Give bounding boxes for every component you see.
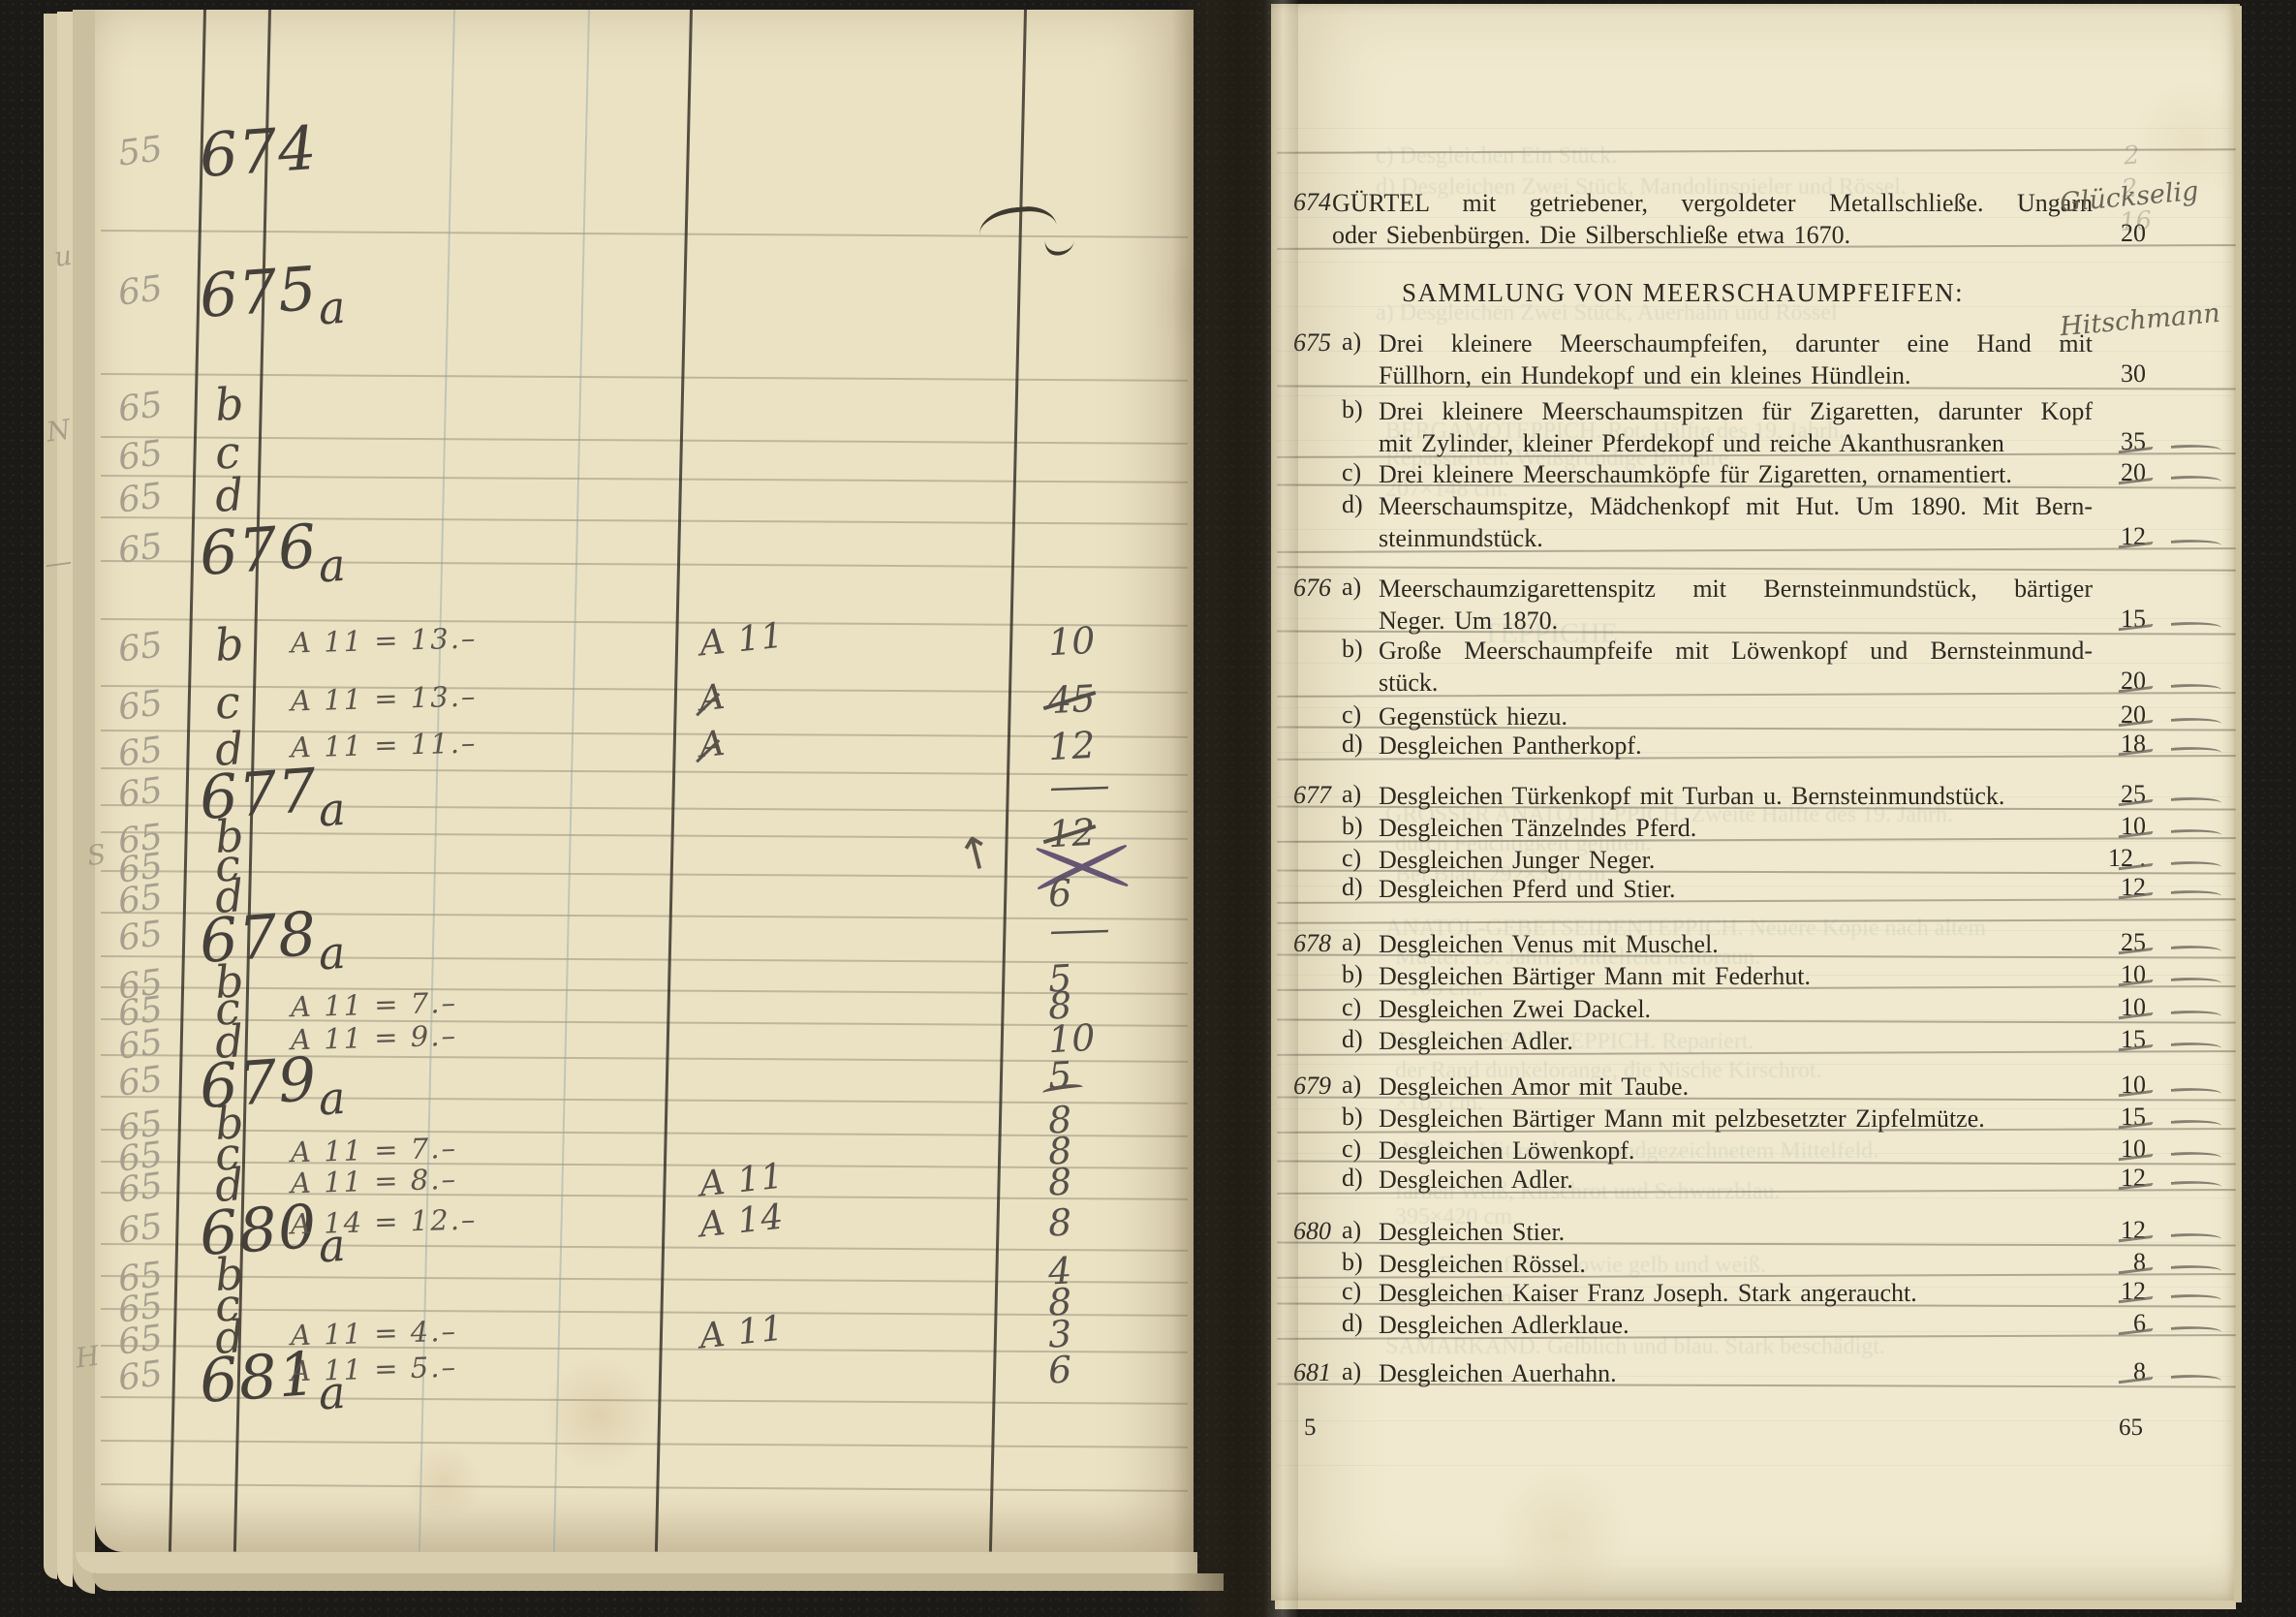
margin-tick	[2117, 854, 2228, 875]
margin-tick	[2117, 970, 2228, 991]
margin-tick	[2117, 790, 2228, 811]
margin-annotations: GlückseligHitschmann	[0, 0, 2296, 1617]
margin-tick	[2117, 614, 2228, 636]
margin-tick	[2117, 1226, 2228, 1247]
margin-tick	[2117, 1367, 2228, 1388]
margin-tick	[2117, 468, 2228, 489]
margin-note-name: Glückselig	[2059, 172, 2245, 218]
margin-tick	[2117, 1173, 2228, 1195]
margin-tick	[2117, 739, 2228, 761]
margin-tick	[2117, 1258, 2228, 1279]
margin-tick	[2117, 1003, 2228, 1024]
margin-tick	[2117, 1287, 2228, 1308]
margin-tick	[2117, 676, 2228, 698]
margin-tick	[2117, 822, 2228, 843]
margin-note-name: Hitschmann	[2059, 296, 2245, 342]
page-gutter	[1172, 0, 1298, 1617]
margin-tick	[2117, 437, 2228, 458]
margin-tick	[2117, 532, 2228, 553]
margin-tick	[2117, 1319, 2228, 1340]
margin-tick	[2117, 883, 2228, 904]
margin-tick	[2117, 1080, 2228, 1102]
margin-tick	[2117, 1144, 2228, 1166]
margin-tick	[2117, 710, 2228, 731]
book-scan: c) Desgleichen Ein Stück.d) Desgleichen …	[0, 0, 2296, 1617]
margin-tick	[2117, 938, 2228, 959]
margin-tick	[2117, 1035, 2228, 1056]
margin-tick	[2117, 1112, 2228, 1134]
